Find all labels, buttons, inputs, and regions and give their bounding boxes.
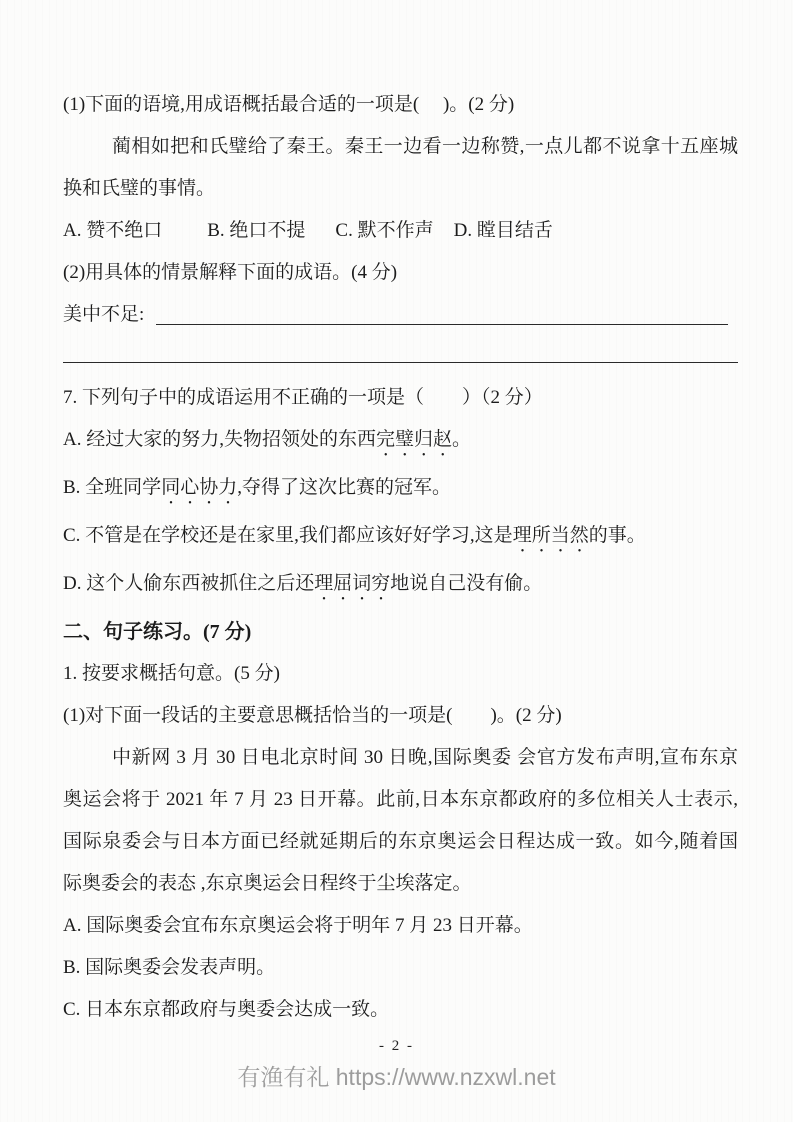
- fill-in-blank-row: 美中不足:: [63, 300, 738, 330]
- section-2-choice-c: C. 日本东京都政府与奥委会达成一致。: [63, 995, 738, 1025]
- page-number: - 2 -: [0, 1036, 793, 1056]
- answer-blank-line-2: [63, 362, 738, 363]
- choice-a: A. 赞不绝口: [63, 216, 162, 246]
- section-2-choice-a: A. 国际奥委会宜布东京奥运会将于明年 7 月 23 日开幕。: [63, 911, 738, 941]
- emphasized-idiom: 理屈词穷: [314, 573, 390, 594]
- emphasized-idiom: 理所当然: [513, 525, 589, 546]
- section-2-heading: 二、句子练习。(7 分): [63, 617, 738, 647]
- question-1-1-prompt: (1)下面的语境,用成语概括最合适的一项是( )。(2 分): [63, 90, 738, 120]
- choice-d: D. 瞠目结舌: [454, 216, 553, 246]
- question-1-1-choices: A. 赞不绝口 B. 绝口不提 C. 默不作声 D. 瞠目结舌: [63, 216, 738, 246]
- news-paragraph-line-3: 国际泉委会与日本方面已经就延期后的东京奥运会日程达成一致。如今,随着国: [63, 827, 738, 857]
- document-page: (1)下面的语境,用成语概括最合适的一项是( )。(2 分) 蔺相如把和氏璧给了…: [0, 0, 793, 1122]
- emphasized-idiom: 同心协力: [161, 477, 237, 498]
- idiom-label: 美中不足:: [63, 300, 144, 330]
- question-7-choice-b: B. 全班同学同心协力,夺得了这次比赛的冠军。: [63, 473, 738, 509]
- emphasized-idiom: 完璧归赵: [376, 429, 452, 450]
- question-7-choice-c: C. 不管是在学校还是在家里,我们都应该好好学习,这是理所当然的事。: [63, 521, 738, 557]
- question-1-1-passage-line-1: 蔺相如把和氏璧给了秦王。秦王一边看一边称赞,一点儿都不说拿十五座城: [63, 132, 738, 162]
- choice-c: C. 默不作声: [335, 216, 433, 246]
- question-7-choice-d: D. 这个人偷东西被抓住之后还理屈词穷地说自己没有偷。: [63, 569, 738, 605]
- answer-blank-line-1: [156, 304, 728, 325]
- question-7-choice-a: A. 经过大家的努力,失物招领处的东西完璧归赵。: [63, 425, 738, 461]
- news-paragraph-line-1: 中新网 3 月 30 日电北京时间 30 日晚,国际奥委 会官方发布声明,宣布东…: [63, 743, 738, 773]
- page-content: (1)下面的语境,用成语概括最合适的一项是( )。(2 分) 蔺相如把和氏璧给了…: [63, 90, 738, 1037]
- question-1-2-prompt: (2)用具体的情景解释下面的成语。(4 分): [63, 258, 738, 288]
- question-7-prompt: 7. 下列句子中的成语运用不正确的一项是（ ）（2 分）: [63, 383, 738, 413]
- news-paragraph-line-2: 奥运会将于 2021 年 7 月 23 日开幕。此前,日本东京都政府的多位相关人…: [63, 785, 738, 815]
- question-1-1-passage-line-2: 换和氏璧的事情。: [63, 174, 738, 204]
- section-2-choice-b: B. 国际奥委会发表声明。: [63, 953, 738, 983]
- page-footer: - 2 - 有渔有礼 https://www.nzxwl.net: [0, 1036, 793, 1091]
- choice-b: B. 绝口不提: [207, 216, 305, 246]
- watermark-text: 有渔有礼 https://www.nzxwl.net: [0, 1063, 793, 1091]
- news-paragraph-line-4: 际奥委会的表态 ,东京奥运会日程终于尘埃落定。: [63, 869, 738, 899]
- section-2-question-1-prompt: 1. 按要求概括句意。(5 分): [63, 659, 738, 689]
- section-2-question-1-1-prompt: (1)对下面一段话的主要意思概括恰当的一项是( )。(2 分): [63, 701, 738, 731]
